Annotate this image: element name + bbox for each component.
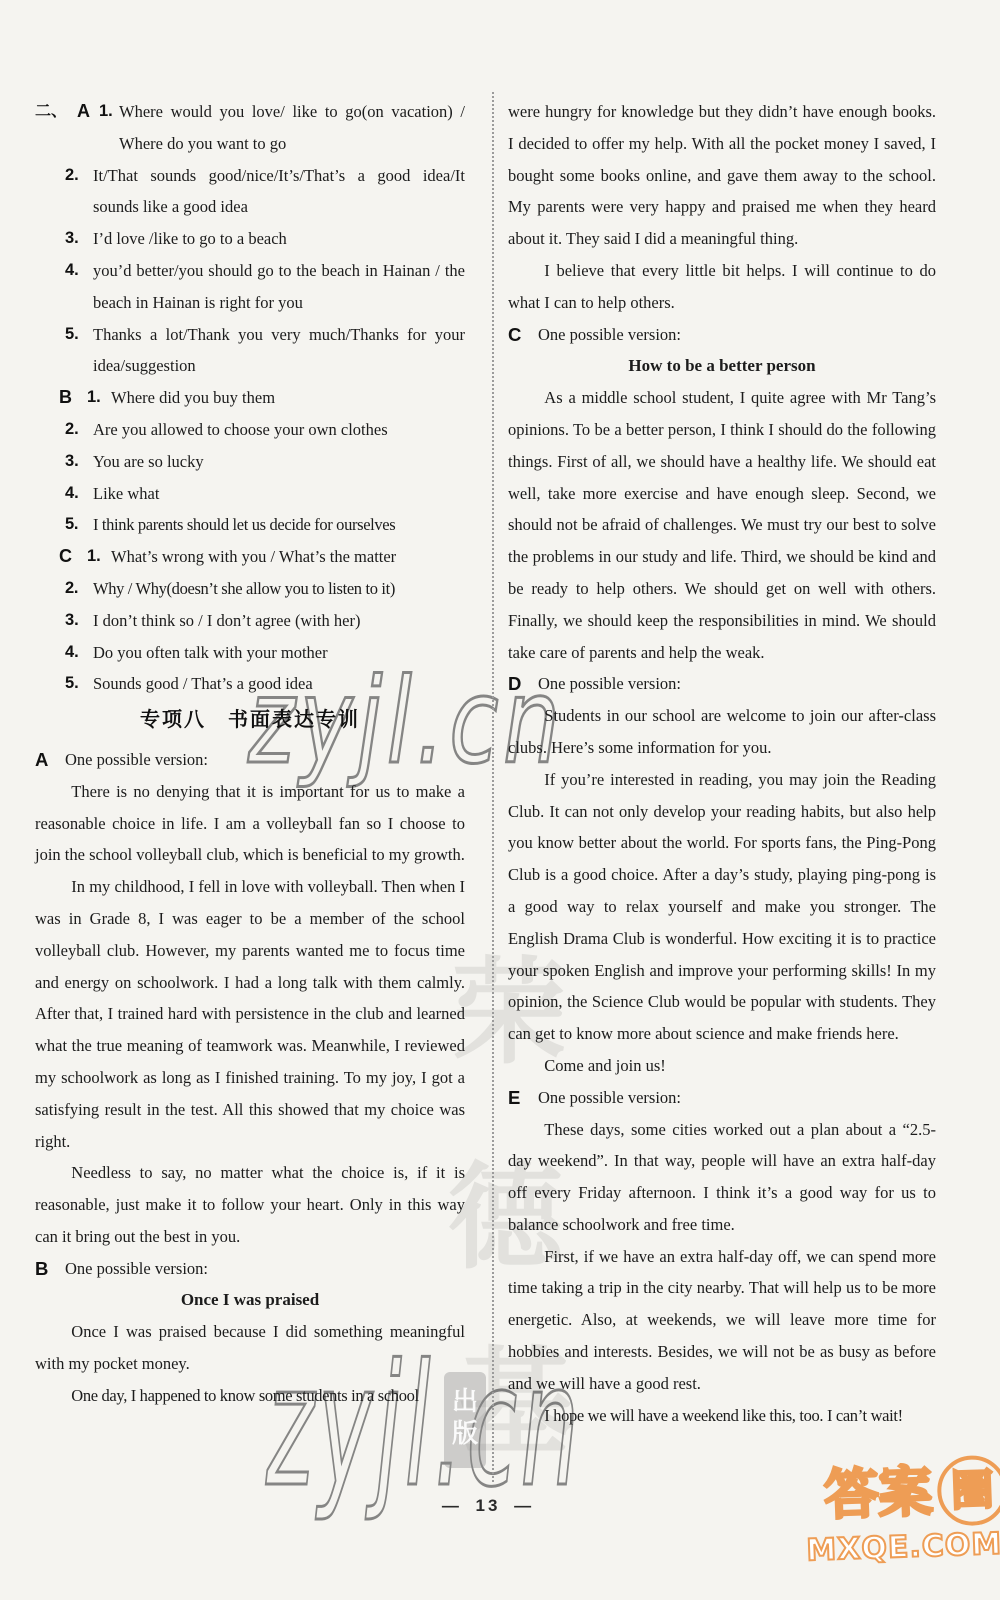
essay-letter: E (508, 1082, 520, 1114)
brand-circled-character: 圈 (936, 1454, 1000, 1526)
essay-intro: One possible version: (65, 750, 208, 769)
group-letter: B (59, 382, 72, 414)
brand-characters: 答案 (823, 1465, 933, 1523)
essay-paragraph: If you’re interested in reading, you may… (508, 764, 936, 1050)
essay-intro: One possible version: (65, 1259, 208, 1278)
essay-paragraph: These days, some cities worked out a pla… (508, 1114, 936, 1241)
dialogue-item: B 1. Where did you buy them (35, 382, 465, 414)
essay-paragraph: In my childhood, I fell in love with vol… (35, 871, 465, 1157)
item-number: 2. (65, 160, 79, 192)
answer-text: Why / Why(doesn’t she allow you to liste… (93, 579, 395, 598)
essay-paragraph: I hope we will have a weekend like this,… (508, 1400, 936, 1432)
answer-site-url: MXQE.COM (799, 1529, 1000, 1566)
item-number: 3. (65, 605, 79, 637)
essay-paragraph: One day, I happened to know some student… (35, 1380, 465, 1412)
column-divider (492, 92, 494, 1482)
essay-label-row: E One possible version: (508, 1082, 936, 1114)
dialogue-item: 5. I think parents should let us decide … (35, 509, 465, 541)
answer-site-logo: 答案 圈 MXQE.COM (796, 1454, 1000, 1566)
answer-text: I don’t think so / I don’t agree (with h… (93, 611, 360, 630)
essay-paragraph: I believe that every little bit helps. I… (508, 255, 936, 319)
right-column: were hungry for knowledge but they didn’… (508, 96, 936, 1431)
page-number: — 13 — (418, 1496, 558, 1516)
item-number: 2. (65, 573, 78, 605)
essay-paragraph: Students in our school are welcome to jo… (508, 700, 936, 764)
workbook-answer-page: zyjl.cn zyjl.cn 荣 德 基 出版 二、 A 1. Where w… (0, 0, 1000, 1600)
item-number: 4. (65, 637, 79, 669)
dialogue-item: 3. I don’t think so / I don’t agree (wit… (35, 605, 465, 637)
essay-label-row: C One possible version: (508, 319, 936, 351)
essay-paragraph: First, if we have an extra half-day off,… (508, 1241, 936, 1400)
item-number: 1. (87, 541, 101, 573)
essay-label-row: A One possible version: (35, 744, 465, 776)
answer-text: Sounds good / That’s a good idea (93, 674, 313, 693)
essay-letter: C (508, 319, 521, 351)
answer-text: I’d love /like to go to a beach (93, 229, 287, 248)
item-number: 5. (65, 668, 79, 700)
section-number: 二、 (35, 96, 67, 128)
essay-title: How to be a better person (508, 350, 936, 382)
essay-paragraph: There is no denying that it is important… (35, 776, 465, 871)
item-number: 5. (65, 509, 78, 541)
answer-text: I think parents should let us decide for… (93, 515, 395, 534)
answer-text: You are so lucky (93, 452, 204, 471)
item-number: 4. (65, 478, 79, 510)
essay-intro: One possible version: (538, 1088, 681, 1107)
item-number: 5. (65, 319, 79, 351)
essay-paragraph: Needless to say, no matter what the choi… (35, 1157, 465, 1252)
essay-letter: A (35, 744, 48, 776)
dialogue-item: 5. Thanks a lot/Thank you very much/Than… (35, 319, 465, 383)
answer-text: you’d better/you should go to the beach … (93, 261, 465, 312)
answer-text: Like what (93, 484, 159, 503)
section-heading: 专项八 书面表达专训 (35, 705, 465, 737)
essay-intro: One possible version: (538, 674, 681, 693)
essay-title: Once I was praised (35, 1284, 465, 1316)
answer-text: Where did you buy them (111, 388, 275, 407)
answer-text: Are you allowed to choose your own cloth… (93, 420, 388, 439)
dialogue-item: 二、 A 1. Where would you love/ like to go… (35, 96, 465, 160)
answer-site-name: 答案 圈 (796, 1454, 1000, 1531)
dialogue-item: 2. It/That sounds good/nice/It’s/That’s … (35, 160, 465, 224)
dialogue-item: C 1. What’s wrong with you / What’s the … (35, 541, 465, 573)
dialogue-item: 2. Are you allowed to choose your own cl… (35, 414, 465, 446)
essay-label-row: D One possible version: (508, 668, 936, 700)
dialogue-item: 4. Do you often talk with your mother (35, 637, 465, 669)
answer-text: Do you often talk with your mother (93, 643, 328, 662)
item-number: 4. (65, 255, 79, 287)
group-letter: A (77, 96, 90, 128)
dialogue-item: 3. You are so lucky (35, 446, 465, 478)
essay-label-row: B One possible version: (35, 1253, 465, 1285)
item-number: 1. (99, 96, 113, 128)
left-column: 二、 A 1. Where would you love/ like to go… (35, 96, 465, 1412)
answer-text: It/That sounds good/nice/It’s/That’s a g… (93, 166, 465, 217)
essay-letter: B (35, 1253, 48, 1285)
dialogue-item: 5. Sounds good / That’s a good idea (35, 668, 465, 700)
item-number: 2. (65, 414, 79, 446)
essay-paragraph-continuation: were hungry for knowledge but they didn’… (508, 96, 936, 255)
dialogue-item: 3. I’d love /like to go to a beach (35, 223, 465, 255)
essay-letter: D (508, 668, 521, 700)
item-number: 1. (87, 382, 101, 414)
essay-intro: One possible version: (538, 325, 681, 344)
essay-paragraph: As a middle school student, I quite agre… (508, 382, 936, 668)
group-letter: C (59, 541, 72, 573)
essay-paragraph: Come and join us! (508, 1050, 936, 1082)
essay-paragraph: Once I was praised because I did somethi… (35, 1316, 465, 1380)
dialogue-item: 4. you’d better/you should go to the bea… (35, 255, 465, 319)
dialogue-item: 2. Why / Why(doesn’t she allow you to li… (35, 573, 465, 605)
answer-text: Thanks a lot/Thank you very much/Thanks … (93, 325, 465, 376)
item-number: 3. (65, 223, 79, 255)
item-number: 3. (65, 446, 79, 478)
answer-text: What’s wrong with you / What’s the matte… (111, 547, 396, 566)
dialogue-item: 4. Like what (35, 478, 465, 510)
answer-text: Where would you love/ like to go(on vaca… (119, 102, 465, 153)
